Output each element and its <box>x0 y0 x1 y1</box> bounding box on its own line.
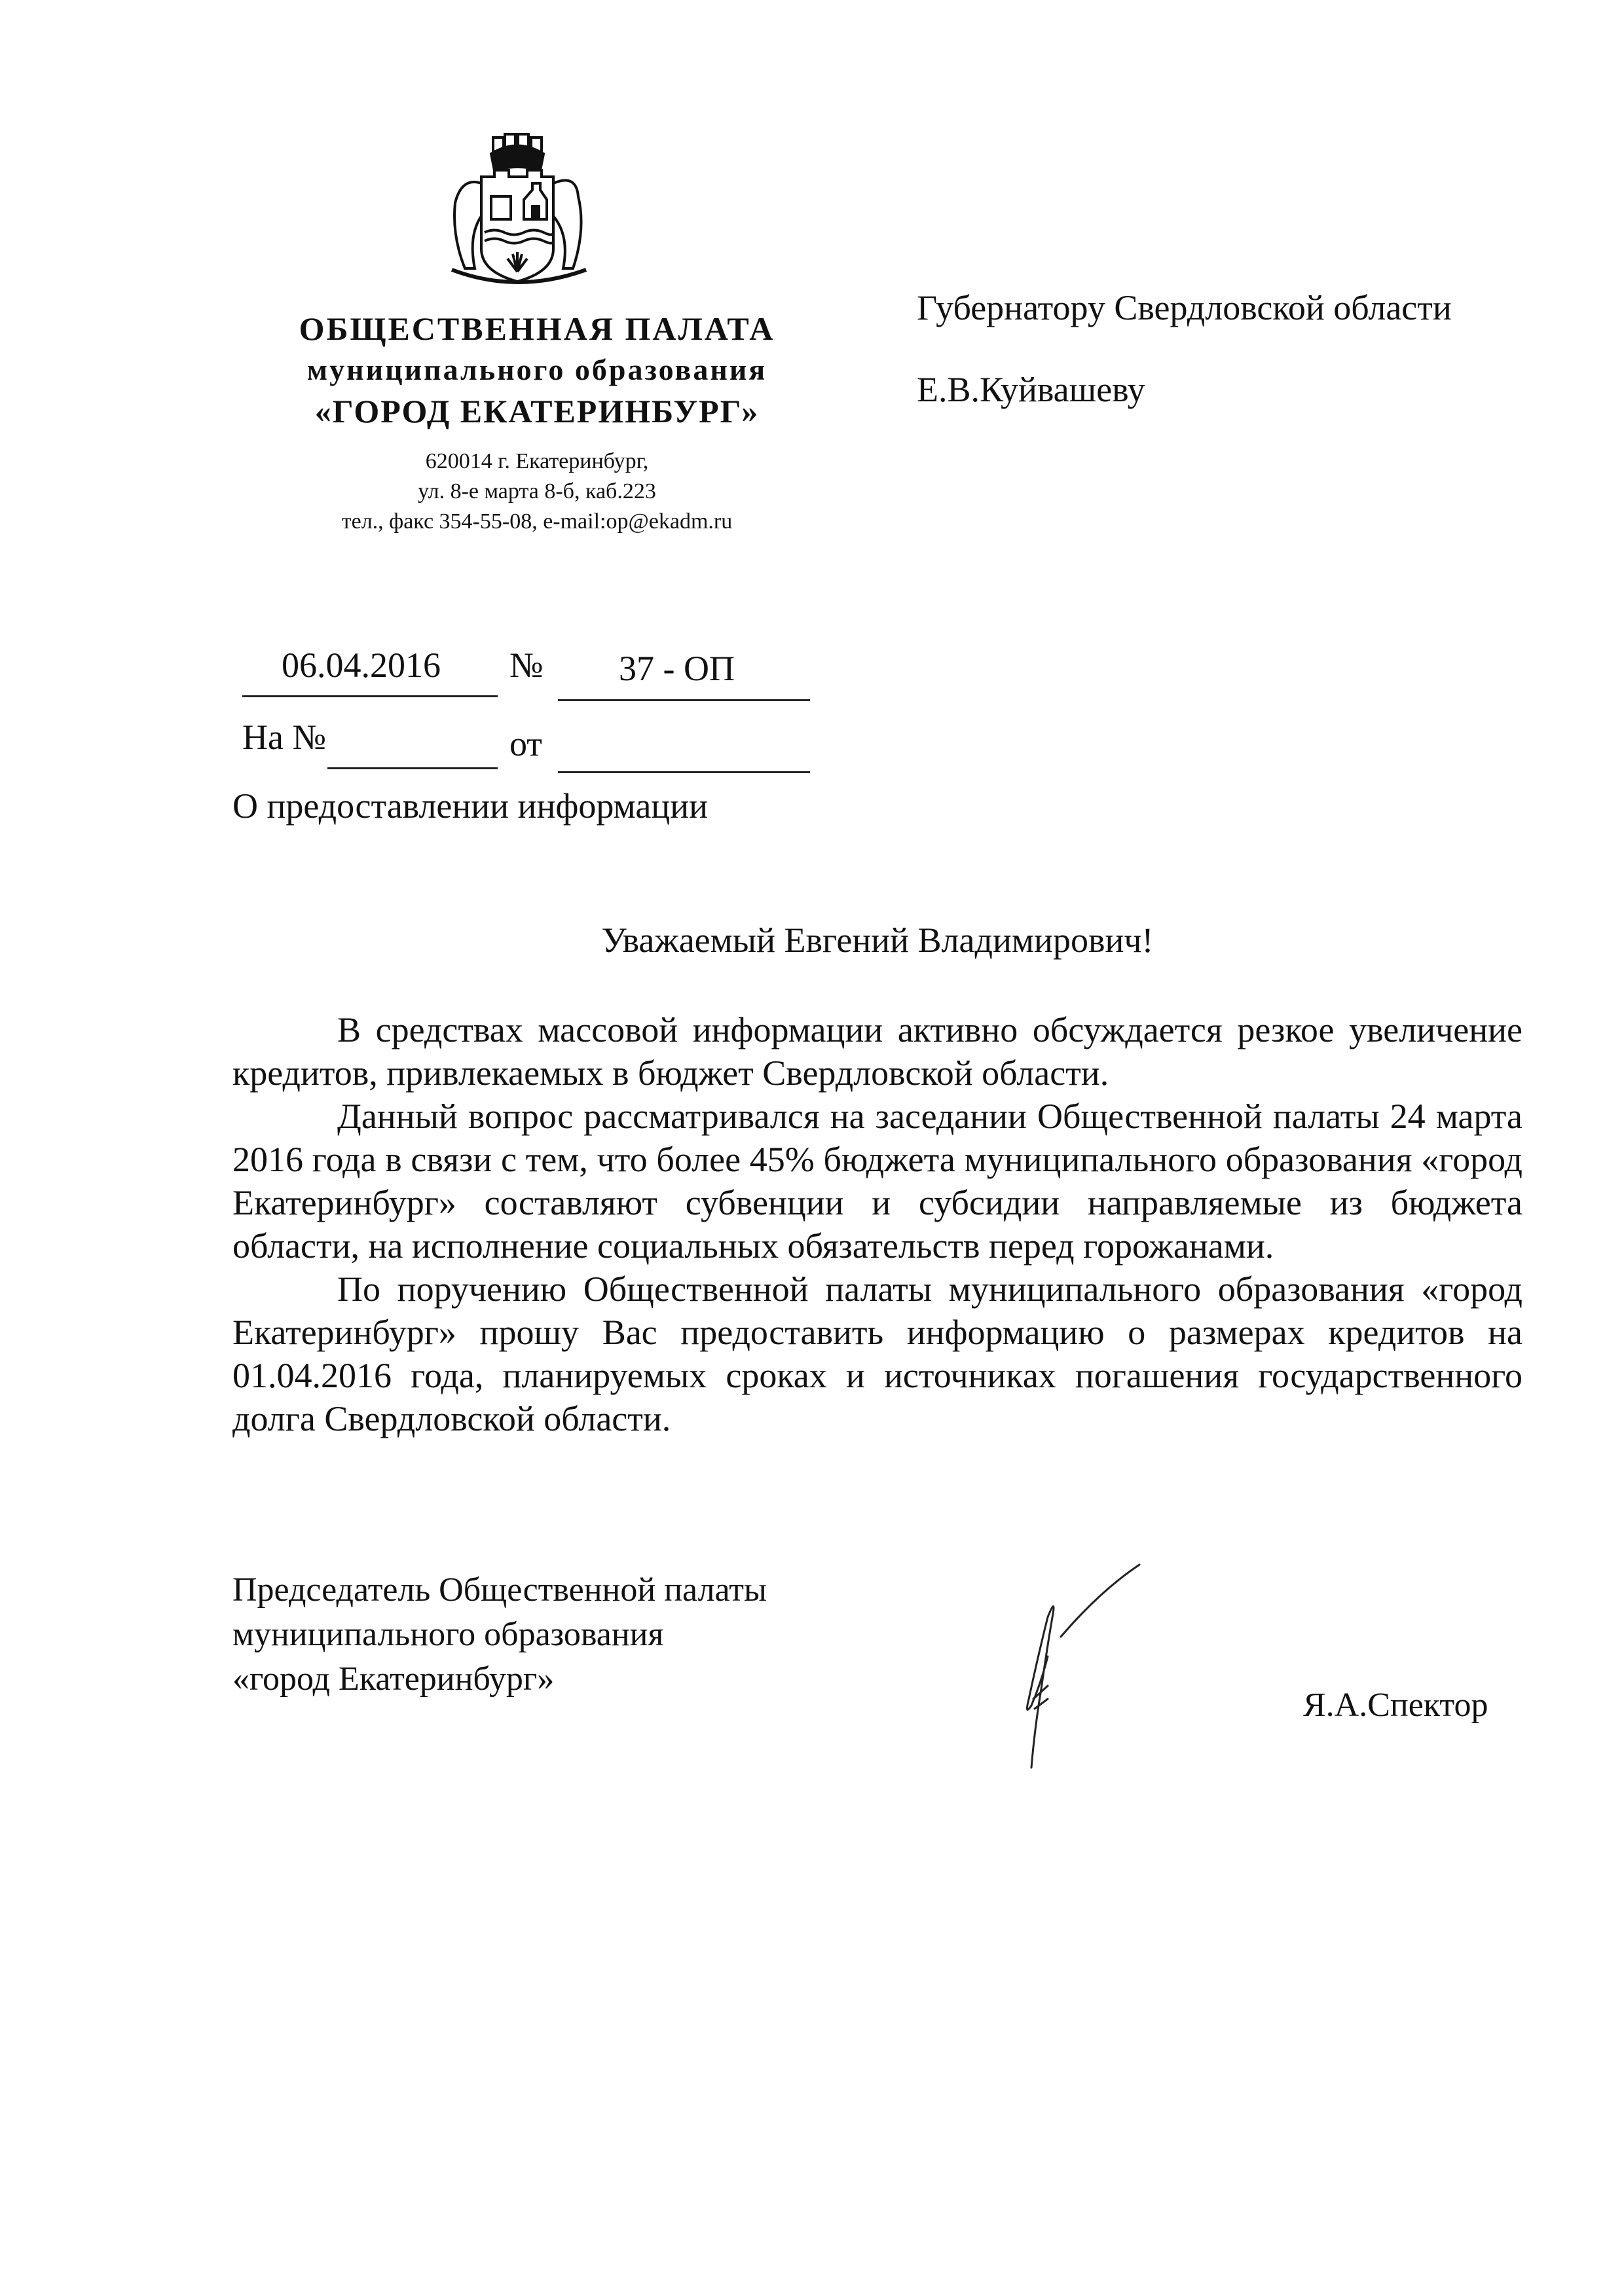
position-line-3: «город Екатеринбург» <box>232 1657 767 1702</box>
body-paragraph: Данный вопрос рассматривался на заседани… <box>232 1095 1522 1267</box>
addressee-title: Губернатору Свердловской области <box>917 288 1452 327</box>
org-title: ОБЩЕСТВЕННАЯ ПАЛАТА <box>229 308 845 350</box>
number-underline <box>558 699 810 701</box>
org-subtitle: муниципального образования <box>229 350 845 390</box>
reply-to-underline <box>327 767 498 769</box>
reply-to-label: На № <box>242 717 326 757</box>
position-line-2: муниципального образования <box>232 1613 767 1657</box>
body-paragraph: По поручению Общественной палаты муницип… <box>232 1267 1522 1440</box>
contact-line: тел., факс 354-55-08, e-mail:op@ekadm.ru <box>229 507 845 537</box>
salutation: Уважаемый Евгений Владимирович! <box>232 920 1522 960</box>
from-label: от <box>509 723 542 764</box>
date-underline <box>242 695 498 697</box>
registration-date: 06.04.2016 <box>282 645 441 685</box>
address-line-2: ул. 8-е марта 8-б, каб.223 <box>229 477 845 507</box>
org-city: «ГОРОД ЕКАТЕРИНБУРГ» <box>229 390 845 432</box>
letter-subject: О предоставлении информации <box>232 786 708 826</box>
address-line-1: 620014 г. Екатеринбург, <box>229 446 845 477</box>
handwritten-signature-icon <box>950 1552 1172 1774</box>
position-line-1: Председатель Общественной палаты <box>232 1568 767 1613</box>
number-label: № <box>509 645 544 685</box>
signatory-name: Я.А.Спектор <box>1303 1686 1488 1724</box>
signatory-position: Председатель Общественной палаты муницип… <box>232 1568 767 1702</box>
letterhead: ОБЩЕСТВЕННАЯ ПАЛАТА муниципального образ… <box>229 308 845 537</box>
addressee-block: Губернатору Свердловской области Е.В.Куй… <box>917 288 1452 409</box>
body-paragraph: В средствах массовой информации активно … <box>232 1008 1522 1095</box>
registration-number: 37 - ОП <box>619 648 735 689</box>
addressee-name: Е.В.Куйвашеву <box>917 370 1452 409</box>
letter-body: В средствах массовой информации активно … <box>232 1008 1522 1440</box>
coat-of-arms-icon <box>435 118 599 288</box>
from-underline <box>558 771 810 773</box>
org-address: 620014 г. Екатеринбург, ул. 8-е марта 8-… <box>229 446 845 537</box>
